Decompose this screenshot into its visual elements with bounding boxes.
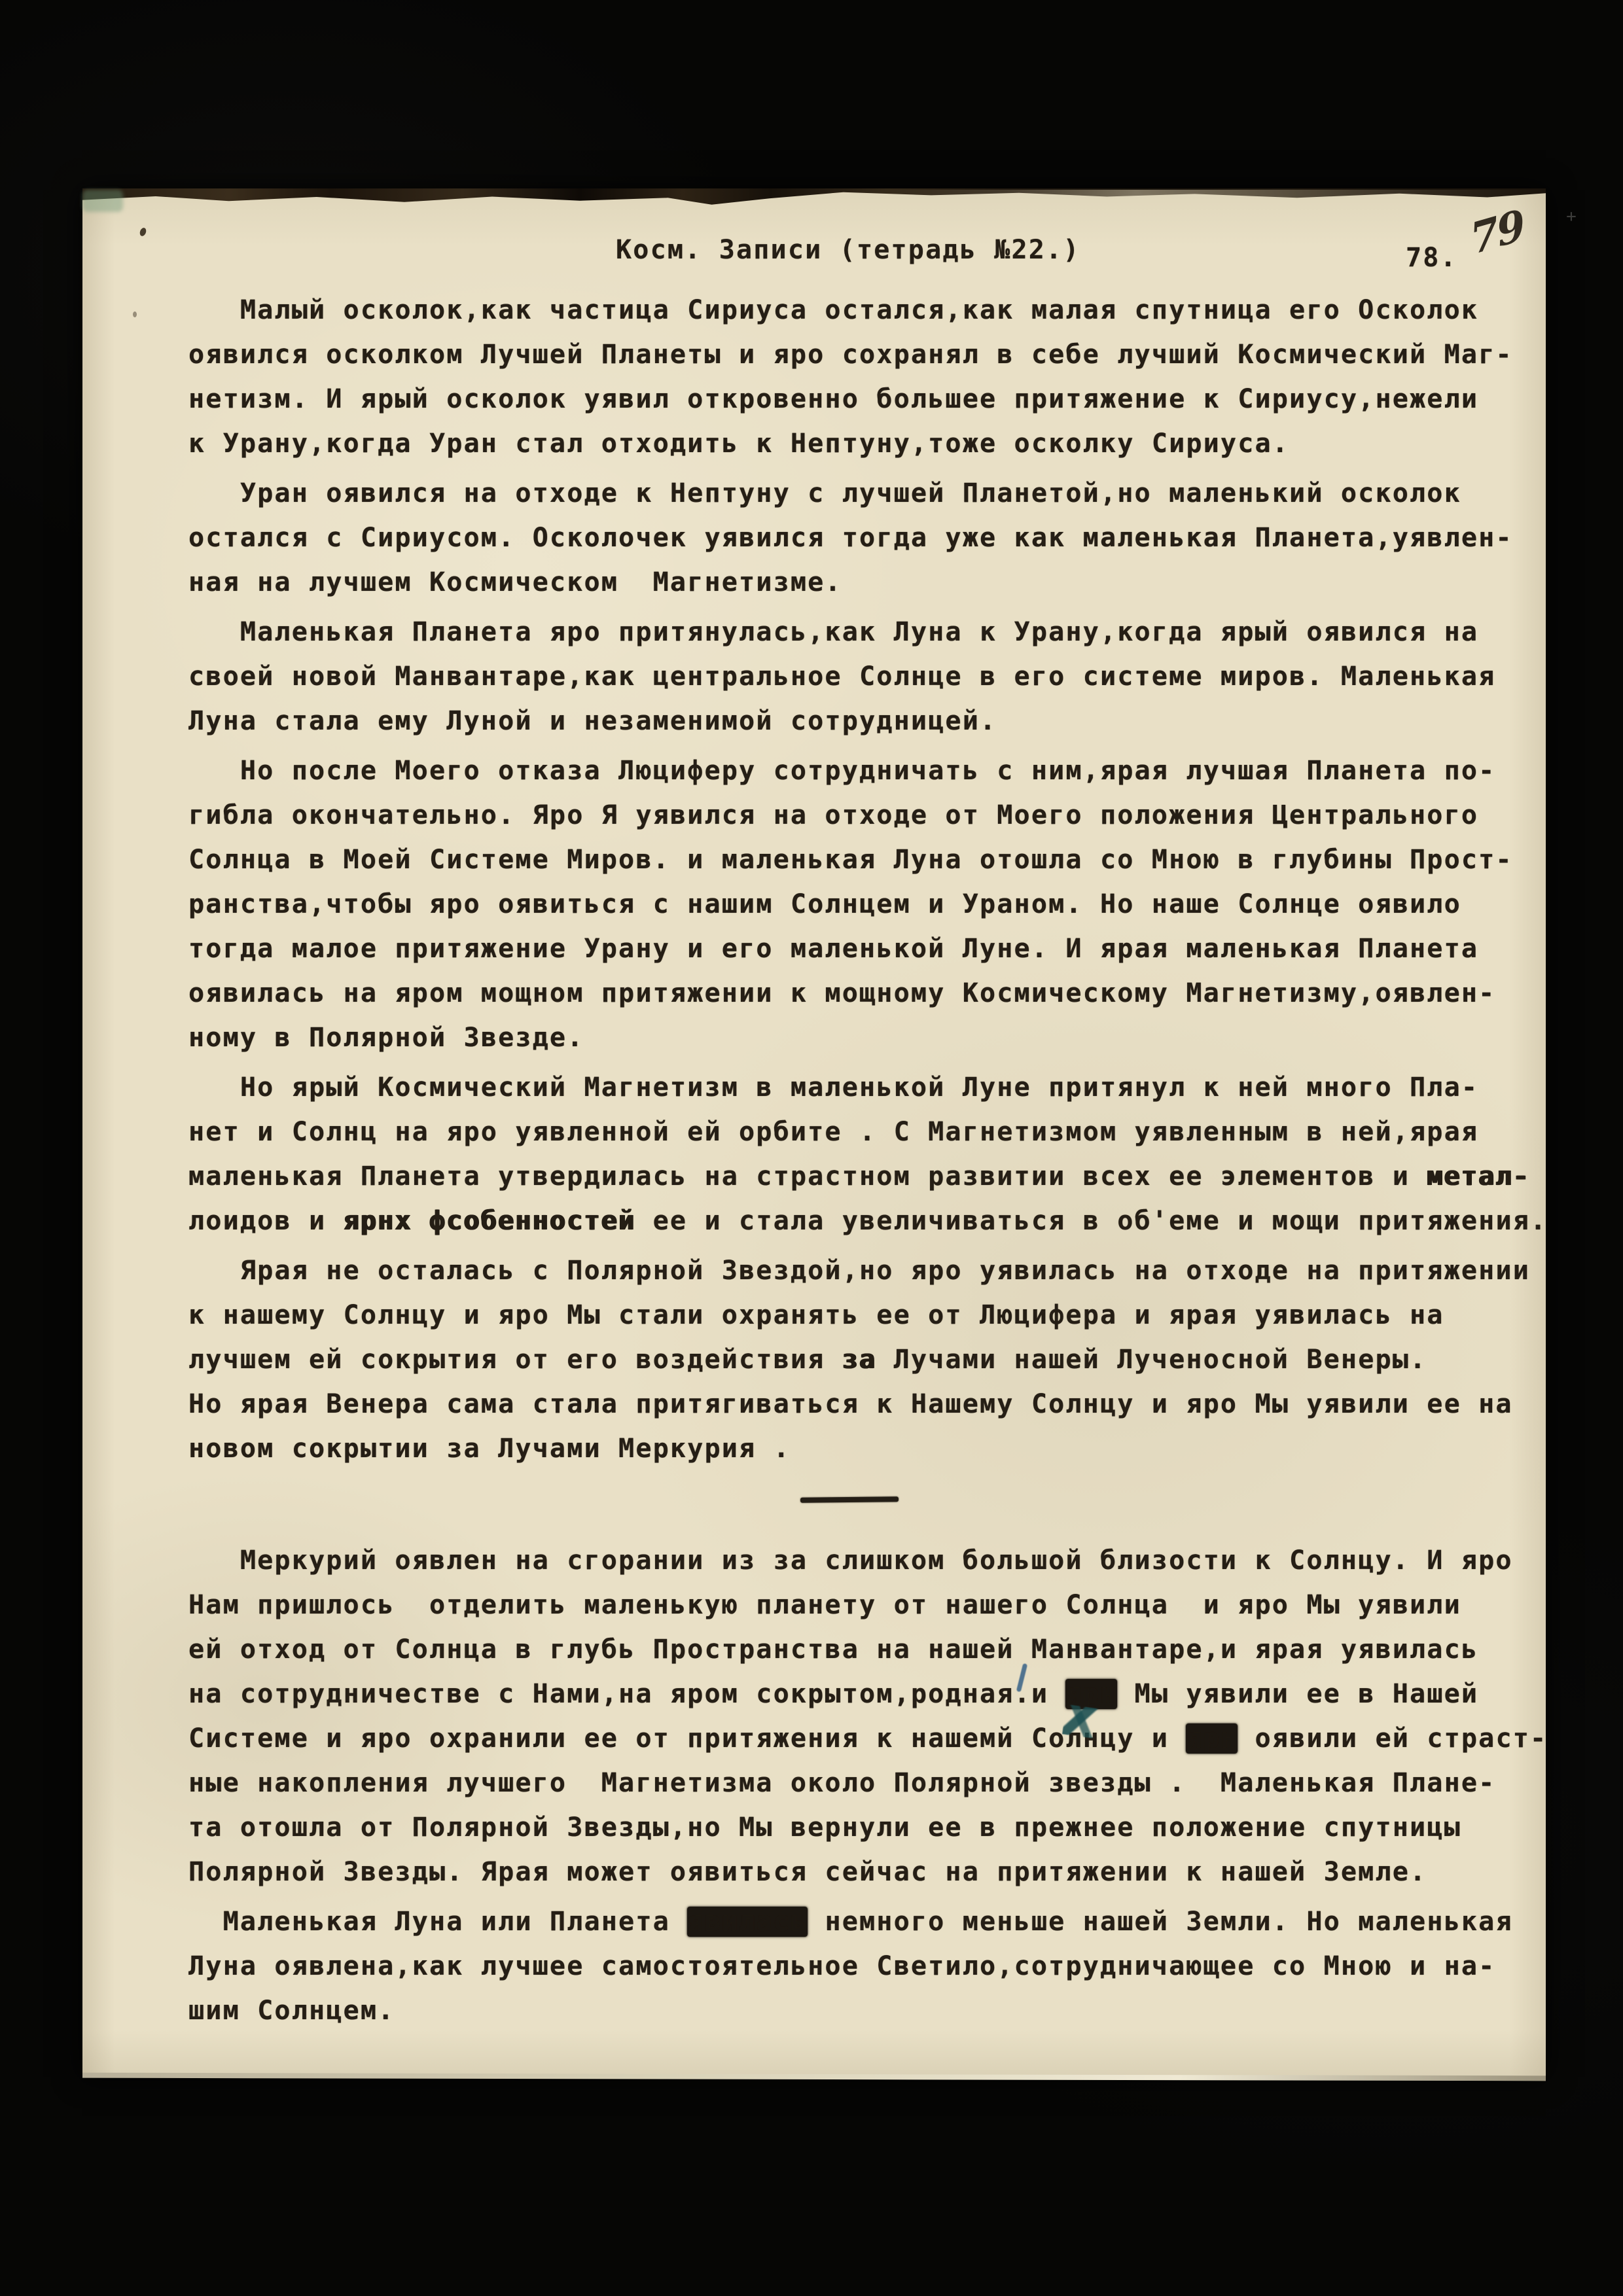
text-line: оявился осколком Лучшей Планеты и яро со… — [188, 332, 1550, 377]
ink-dot — [133, 311, 137, 317]
text-line: Уран оявился на отходе к Нептуну с лучше… — [188, 471, 1550, 516]
text-line: к нашему Солнцу и яро Мы стали охранять … — [188, 1293, 1550, 1337]
text-line: Но ярый Космический Магнетизм в маленько… — [188, 1065, 1550, 1110]
ink-dot — [139, 227, 147, 237]
struck-out-word: ярн — [1065, 1679, 1117, 1709]
text-line: та отошла от Полярной Звезды,но Мы верну… — [188, 1805, 1550, 1850]
text-line: ей отход от Солнца в глубь Пространства … — [188, 1627, 1550, 1672]
text-line: Системе и яро охранили ее от притяжения … — [188, 1716, 1550, 1761]
typewritten-paragraph: Меркурий оявлен на сгорании из за слишко… — [188, 1538, 1550, 1894]
text-line: Маленькая Луна или Планета явилась немно… — [188, 1899, 1550, 1944]
text-line: Ярая не осталась с Полярной Звездой,но я… — [188, 1248, 1550, 1293]
typed-page-number: 78. — [1406, 245, 1457, 271]
typewritten-paragraph: Малый осколок,как частица Сириуса осталс… — [188, 288, 1550, 466]
text-line: остался с Сириусом. Осколочек уявился то… — [188, 516, 1550, 560]
photo-background: Косм. Записи (тетрадь №22.) 78. 79 Малый… — [0, 0, 1623, 2296]
text-line: тогда малое притяжение Урану и его мален… — [188, 927, 1550, 971]
green-ink-smudge — [82, 190, 123, 212]
typewritten-paragraph: Ярая не осталась с Полярной Звездой,но я… — [188, 1248, 1550, 1471]
text-line: ному в Полярной Звезде. — [188, 1016, 1550, 1060]
typewritten-paragraph: Маленькая Луна или Планета явилась немно… — [188, 1899, 1550, 2033]
text-line: маленькая Планета утвердилась на страстн… — [188, 1154, 1550, 1199]
section-divider — [800, 1496, 899, 1503]
text-line: Луна оявлена,как лучшее самостоятельное … — [188, 1944, 1550, 1988]
text-line: Полярной Звезды. Ярая может оявиться сей… — [188, 1850, 1550, 1894]
typewritten-text: Малый осколок,как частица Сириуса осталс… — [188, 288, 1550, 2038]
text-line: лоидов и ярнх фсобенностей ее и стала ув… — [188, 1199, 1550, 1243]
text-line: своей новой Манвантаре,как центральное С… — [188, 654, 1550, 699]
struck-out-word: ярн — [1186, 1723, 1238, 1754]
page-title: Косм. Записи (тетрадь №22.) — [616, 237, 1080, 263]
text-line: ные накопления лучшего Магнетизма около … — [188, 1761, 1550, 1805]
typewritten-paragraph: Но ярый Космический Магнетизм в маленько… — [188, 1065, 1550, 1243]
text-line: Меркурий оявлен на сгорании из за слишко… — [188, 1538, 1550, 1583]
text-line: к Урану,когда Уран стал отходить к Непту… — [188, 421, 1550, 466]
overstruck-word: за — [842, 1345, 877, 1375]
handwritten-page-number: 79 — [1467, 201, 1526, 265]
text-line: Луна стала ему Луной и незаменимой сотру… — [188, 699, 1550, 743]
blue-ink-scribble — [1062, 1704, 1100, 1739]
text-line: ранства,чтобы яро оявиться с нашим Солнц… — [188, 882, 1550, 927]
text-line: шим Солнцем. — [188, 1988, 1550, 2033]
overstruck-word: метал- — [1427, 1161, 1530, 1192]
text-line: лучшем ей сокрытия от его воздействия за… — [188, 1337, 1550, 1382]
typewritten-paragraph: Маленькая Планета яро притянулась,как Лу… — [188, 610, 1550, 743]
text-line: новом сокрытии за Лучами Меркурия . — [188, 1426, 1550, 1471]
text-line: Но после Моего отказа Люциферу сотруднич… — [188, 749, 1550, 793]
text-line: Солнца в Моей Системе Миров. и маленькая… — [188, 838, 1550, 882]
typewritten-paragraph: Уран оявился на отходе к Нептуну с лучше… — [188, 471, 1550, 605]
typewritten-paragraph: Но после Моего отказа Люциферу сотруднич… — [188, 749, 1550, 1060]
text-line: Малый осколок,как частица Сириуса осталс… — [188, 288, 1550, 332]
text-line: гибла окончательно. Яро Я уявился на отх… — [188, 793, 1550, 838]
text-line: ная на лучшем Космическом Магнетизме. — [188, 560, 1550, 605]
paper-sheet: Косм. Записи (тетрадь №22.) 78. 79 Малый… — [82, 190, 1546, 2077]
text-line: на сотрудничестве с Нами,на яром сокрыто… — [188, 1672, 1550, 1716]
overstruck-word: ярнх фсобенностей — [344, 1206, 636, 1236]
text-line: нет и Солнц на яро уявленной ей орбите .… — [188, 1110, 1550, 1154]
text-line: Маленькая Планета яро притянулась,как Лу… — [188, 610, 1550, 654]
text-line: оявилась на яром мощном притяжении к мощ… — [188, 971, 1550, 1016]
struck-out-word: явилась — [687, 1907, 808, 1937]
dust-mark: + — [1565, 211, 1577, 222]
text-line: Нам пришлось отделить маленькую планету … — [188, 1583, 1550, 1627]
text-line: нетизм. И ярый осколок уявил откровенно … — [188, 377, 1550, 421]
torn-paper-edge — [82, 188, 1546, 205]
text-line: Но ярая Венера сама стала притягиваться … — [188, 1382, 1550, 1426]
